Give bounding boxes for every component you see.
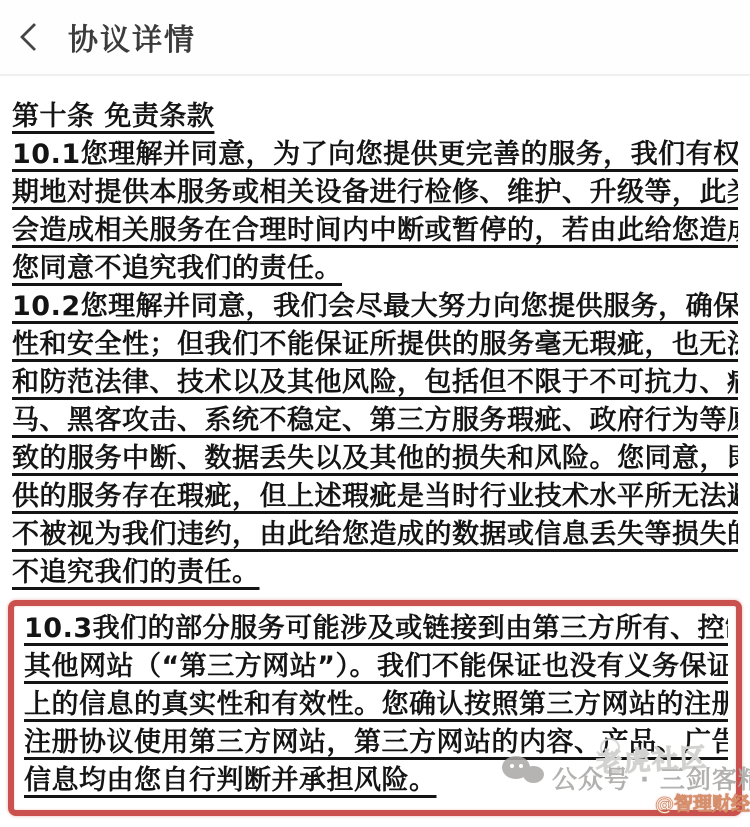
author-handle-watermark: @智理财经 (655, 789, 750, 816)
agreement-text-line: 10.3我们的部分服务可能涉及或链接到由第三方所有、控制或者运营的 (24, 610, 728, 648)
agreement-text-line: 上的信息的真实性和有效性。您确认按照第三方网站的注册协议而非本 (24, 686, 728, 724)
back-button[interactable] (18, 17, 58, 57)
paragraph-10-1: 10.1您理解并同意，为了向您提供更完善的服务，我们有权定期或不定期地对提供本服… (12, 136, 738, 288)
agreement-text-line: 10.2您理解并同意，我们会尽最大努力向您提供服务，确保服务的连贯 (12, 288, 738, 326)
agreement-text-line: 期地对提供本服务或相关设备进行检修、维护、升级等，此类情况可能 (12, 174, 738, 212)
agreement-text-line: 不被视为我们违约，由此给您造成的数据或信息丢失等损失的，您同意 (12, 516, 738, 554)
agreement-text-line: 性和安全性；但我们不能保证所提供的服务毫无瑕疵，也无法随时预见 (12, 326, 738, 364)
paragraph-10-2: 10.2您理解并同意，我们会尽最大努力向您提供服务，确保服务的连贯性和安全性；但… (12, 288, 738, 592)
header: 协议详情 (0, 0, 750, 76)
agreement-text-line: 供的服务存在瑕疵，但上述瑕疵是当时行业技术水平所无法避免的，将 (12, 478, 738, 516)
agreement-text-line: 10.1您理解并同意，为了向您提供更完善的服务，我们有权定期或不定 (12, 136, 738, 174)
page-title: 协议详情 (68, 15, 196, 59)
chevron-left-icon (20, 23, 48, 51)
agreement-text-line: 马、黑客攻击、系统不稳定、第三方服务瑕疵、政府行为等原因可能导 (12, 402, 738, 440)
section-heading: 第十条 免责条款 (12, 98, 738, 136)
agreement-text-line: 致的服务中断、数据丢失以及其他的损失和风险。您同意，即使我们提 (12, 440, 738, 478)
wechat-bubble-small (523, 766, 544, 783)
wechat-icon (502, 756, 546, 792)
agreement-content: 第十条 免责条款 10.1您理解并同意，为了向您提供更完善的服务，我们有权定期或… (0, 76, 750, 816)
agreement-text-line: 会造成相关服务在合理时间内中断或暂停的，若由此给您造成损失的， (12, 212, 738, 250)
agreement-text-line: 其他网站（“第三方网站”）。我们不能保证也没有义务保证第三方网站 (24, 648, 728, 686)
agreement-text-line: 不追究我们的责任。 (12, 554, 738, 592)
agreement-detail-page: 协议详情 第十条 免责条款 10.1您理解并同意，为了向您提供更完善的服务，我们… (0, 0, 750, 827)
agreement-text-line: 您同意不追究我们的责任。 (12, 250, 738, 288)
agreement-text-line: 和防范法律、技术以及其他风险，包括但不限于不可抗力、病毒、木 (12, 364, 738, 402)
